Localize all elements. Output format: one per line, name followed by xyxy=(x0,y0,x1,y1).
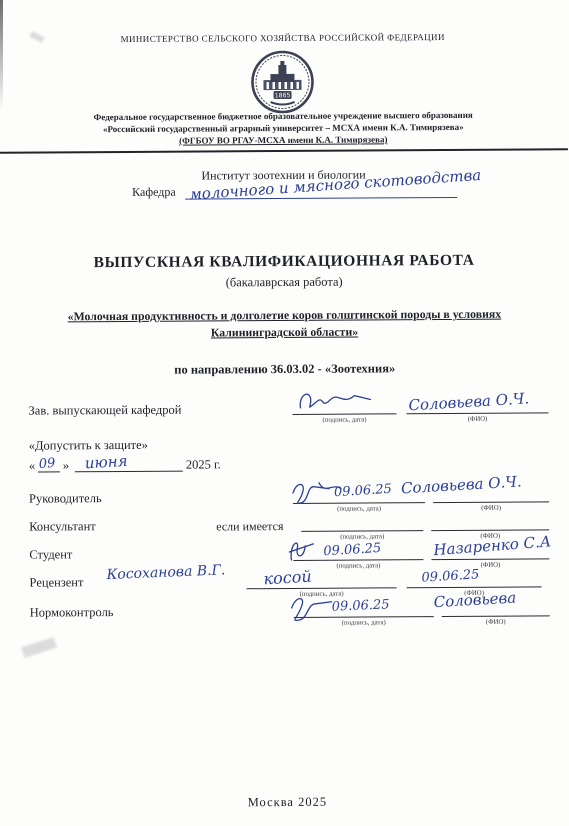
svg-text:1865: 1865 xyxy=(275,92,291,99)
admit-quote-close: » xyxy=(63,458,69,473)
scanned-title-page: МИНИСТЕРСТВО СЕЛЬСКОГО ХОЗЯЙСТВА РОССИЙС… xyxy=(0,0,569,826)
reviewer-sign-handwritten: косой xyxy=(263,567,312,589)
ministry-line: МИНИСТЕРСТВО СЕЛЬСКОГО ХОЗЯЙСТВА РОССИЙС… xyxy=(0,31,567,44)
admit-year: 2025 г. xyxy=(186,457,221,472)
admit-quote-open: « xyxy=(29,459,35,474)
normcontrol-label: Нормоконтроль xyxy=(30,605,114,621)
head-fio-handwritten: Соловьева О.Ч. xyxy=(408,389,530,414)
reviewer-label: Рецензент xyxy=(29,575,83,590)
fio-line xyxy=(407,586,542,588)
sign-line xyxy=(301,530,423,532)
signature-scribble-icon xyxy=(285,536,319,569)
department-label: Кафедра xyxy=(132,185,176,200)
fio-line xyxy=(442,615,550,617)
org-name-line-3: (ФГБОУ ВО РГАУ-МСХА имени К.А. Тимирязев… xyxy=(0,133,568,148)
supervisor-fio-handwritten: Соловьева О.Ч. xyxy=(401,472,523,497)
fio-caption: (ФИО) xyxy=(431,561,549,569)
thesis-title-line-1: «Молочная продуктивность и долголетие ко… xyxy=(0,306,569,324)
fio-caption: (ФИО) xyxy=(407,415,549,423)
direction-line: по направлению 36.03.02 - «Зоотехния» xyxy=(0,360,569,378)
work-kind-subtitle: (бакалаврская работа) xyxy=(0,273,569,291)
work-type-title: ВЫПУСКНАЯ КВАЛИФИКАЦИОННАЯ РАБОТА xyxy=(0,251,569,272)
student-label: Студент xyxy=(29,547,72,562)
thesis-title-line-2: Калининградской области» xyxy=(0,323,569,341)
fio-caption: (ФИО) xyxy=(442,618,550,626)
reviewer-date-handwritten: 09.06.25 xyxy=(421,567,480,585)
fio-caption: (ФИО) xyxy=(433,504,549,512)
fio-line xyxy=(431,529,549,531)
student-date-handwritten: 09.06.25 xyxy=(323,541,382,559)
university-seal-icon: 1865 xyxy=(250,50,314,119)
consultant-note: если имеется xyxy=(216,519,283,534)
supervisor-date-handwritten: 09.06.25 xyxy=(334,482,393,500)
signature-scribble-icon xyxy=(288,592,338,629)
head-of-dept-label: Зав. выпускающей кафедрой xyxy=(28,403,181,419)
signature-scribble-icon xyxy=(296,387,376,420)
admit-title: «Допустить к защите» xyxy=(29,438,148,454)
supervisor-label: Руководитель xyxy=(29,491,102,506)
reviewer-name-handwritten: Косоханова В.Г. xyxy=(106,562,225,583)
normcontrol-date-handwritten: 09.06.25 xyxy=(331,597,389,614)
fio-line xyxy=(431,558,549,560)
city-year: Москва 2025 xyxy=(3,793,569,811)
header-rule xyxy=(0,148,568,153)
admit-month-handwritten: июня xyxy=(84,452,128,472)
fio-line xyxy=(433,501,549,503)
normcontrol-fio-handwritten: Соловьева xyxy=(433,588,516,611)
admit-day-handwritten: 09 xyxy=(38,456,56,472)
consultant-label: Консультант xyxy=(29,519,96,534)
sign-caption: (подпись, дата) xyxy=(301,533,423,541)
